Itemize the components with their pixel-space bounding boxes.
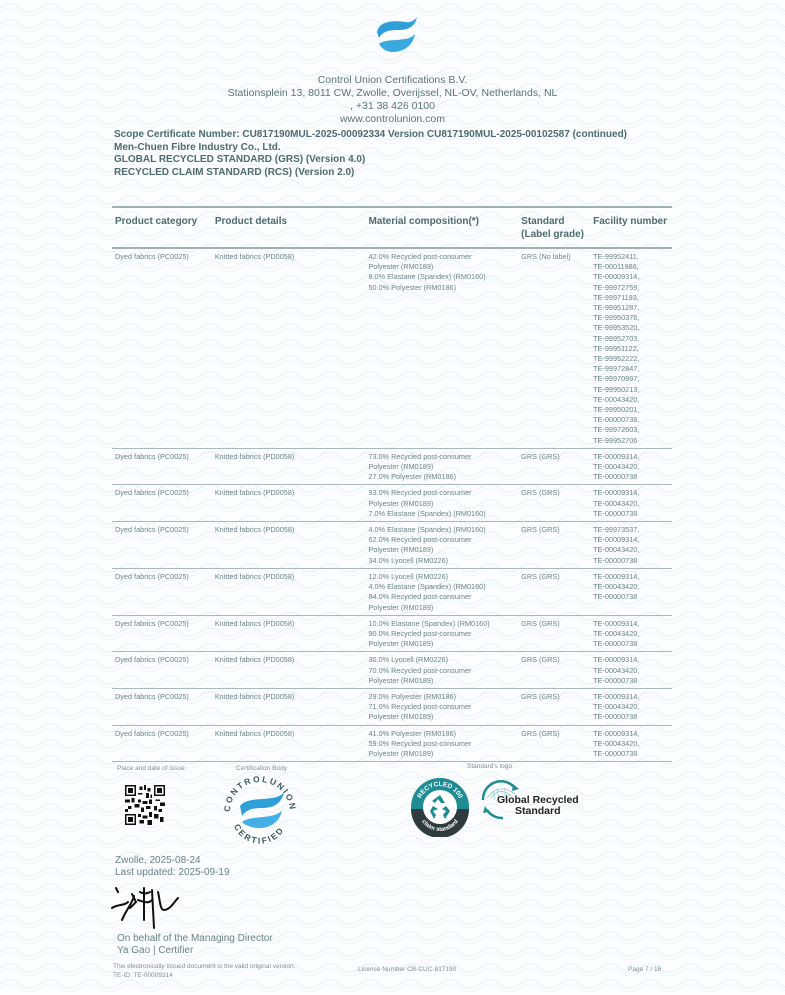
organization-phone: , +31 38 426 0100 xyxy=(0,100,785,113)
cell-standard: GRS (GRS) xyxy=(518,615,590,652)
facility-number: TE-00000738 xyxy=(593,556,669,566)
composition-line: 90.0% Recycled post-consumer xyxy=(368,629,515,639)
facility-number: TE-99970997, xyxy=(593,374,669,384)
page-number: Page 7 / 16 xyxy=(628,966,661,973)
cell-facility-number: TE-00009314,TE-00043420,TE-00000738 xyxy=(590,652,672,689)
cell-standard: GRS (GRS) xyxy=(518,448,590,485)
cell-material-composition: 73.0% Recycled post-consumerPolyester (R… xyxy=(365,448,518,485)
qr-code-icon[interactable] xyxy=(125,785,165,825)
company-name: Men-Chuen Fibre Industry Co., Ltd. xyxy=(114,142,627,154)
cell-product-category: Dyed fabrics (PC0025) xyxy=(112,248,212,448)
composition-line: 41.0% Polyester (RM0186) xyxy=(368,729,515,739)
organization-address: Stationsplein 13, 8011 CW, Zwolle, Overi… xyxy=(0,87,785,100)
composition-line: Polyester (RM0189) xyxy=(368,545,515,555)
composition-line: 34.0% Lyocell (RM0226) xyxy=(368,556,515,566)
cell-product-details: Knitted fabrics (PD0058) xyxy=(212,448,366,485)
header-material-composition: Material composition(*) xyxy=(365,207,518,248)
composition-line: 8.0% Elastane (Spandex) (RM0160) xyxy=(368,272,515,282)
composition-line: 42.0% Recycled post-consumer xyxy=(368,252,515,262)
footer-te-id: TE-ID: TE-00009314 xyxy=(113,972,295,981)
recycled-claim-standard-logo-icon: RECYCLED 100 claim standard xyxy=(410,777,470,837)
cell-facility-number: TE-00009314,TE-00043420,TE-00000738 xyxy=(590,725,672,762)
cell-material-composition: 30.0% Lyocell (RM0226)70.0% Recycled pos… xyxy=(365,652,518,689)
cell-standard: GRS (GRS) xyxy=(518,568,590,615)
facility-number: TE-99972847, xyxy=(593,364,669,374)
cell-standard: GRS (GRS) xyxy=(518,485,590,522)
facility-number: TE-99951122, xyxy=(593,344,669,354)
facility-number: TE-00009314, xyxy=(593,488,669,498)
composition-line: 73.0% Recycled post-consumer xyxy=(368,452,515,462)
composition-line: 29.0% Polyester (RM0186) xyxy=(368,692,515,702)
cell-facility-number: TE-00009314,TE-00043420,TE-00000738 xyxy=(590,485,672,522)
facility-number: TE-99973537, xyxy=(593,525,669,535)
cell-standard: GRS (GRS) xyxy=(518,725,590,762)
table-row: Dyed fabrics (PC0025)Knitted fabrics (PD… xyxy=(112,248,672,448)
facility-number: TE-00009314, xyxy=(593,655,669,665)
standard-rcs: RECYCLED CLAIM STANDARD (RCS) (Version 2… xyxy=(114,167,627,179)
table-header-row: Product category Product details Materia… xyxy=(112,207,672,248)
cell-product-details: Knitted fabrics (PD0058) xyxy=(212,615,366,652)
facility-number: TE-00043420, xyxy=(593,582,669,592)
facility-number: TE-99952706 xyxy=(593,436,669,446)
table-row: Dyed fabrics (PC0025)Knitted fabrics (PD… xyxy=(112,615,672,652)
cell-material-composition: 29.0% Polyester (RM0186)71.0% Recycled p… xyxy=(365,688,518,725)
cell-facility-number: TE-00009314,TE-00043420,TE-00000738 xyxy=(590,615,672,652)
signatory-name: Ya Gao | Certifier xyxy=(117,945,273,957)
facility-number: TE-00009314, xyxy=(593,535,669,545)
composition-line: Polyester (RM0189) xyxy=(368,499,515,509)
cell-facility-number: TE-00009314,TE-00043420,TE-00000738 xyxy=(590,568,672,615)
cell-product-category: Dyed fabrics (PC0025) xyxy=(112,568,212,615)
facility-number: TE-00000738 xyxy=(593,639,669,649)
facility-number: TE-99971193, xyxy=(593,293,669,303)
facility-number: TE-99972603, xyxy=(593,425,669,435)
composition-line: 50.0% Polyester (RM0186) xyxy=(368,283,515,293)
cell-product-details: Knitted fabrics (PD0058) xyxy=(212,568,366,615)
header-product-category: Product category xyxy=(112,207,212,248)
cell-product-details: Knitted fabrics (PD0058) xyxy=(212,725,366,762)
cell-product-details: Knitted fabrics (PD0058) xyxy=(212,248,366,448)
composition-line: 84.0% Recycled post-consumer xyxy=(368,592,515,602)
composition-line: Polyester (RM0189) xyxy=(368,639,515,649)
facility-number: TE-99950201, xyxy=(593,405,669,415)
composition-line: Polyester (RM0189) xyxy=(368,749,515,759)
cell-product-details: Knitted fabrics (PD0058) xyxy=(212,522,366,569)
signatory-behalf: On behalf of the Managing Director xyxy=(117,933,273,945)
composition-line: 62.0% Recycled post-consumer xyxy=(368,535,515,545)
place-date-of-issue: Zwolle, 2025-08-24 xyxy=(115,855,230,867)
facility-number: TE-00000738 xyxy=(593,592,669,602)
composition-line: 4.0% Elastane (Spandex) (RM0160) xyxy=(368,525,515,535)
facility-number: TE-00000738 xyxy=(593,712,669,722)
facility-number: TE-00043420, xyxy=(593,739,669,749)
cell-standard: GRS (No label) xyxy=(518,248,590,448)
cell-product-category: Dyed fabrics (PC0025) xyxy=(112,448,212,485)
signature-icon xyxy=(110,880,185,935)
grs-logo-line2: Standard xyxy=(497,806,579,817)
facility-number: TE-99972759, xyxy=(593,283,669,293)
facility-number: TE-00043420, xyxy=(593,395,669,405)
table-row: Dyed fabrics (PC0025)Knitted fabrics (PD… xyxy=(112,652,672,689)
facility-number: TE-00043420, xyxy=(593,666,669,676)
cell-facility-number: TE-99973537,TE-00009314,TE-00043420,TE-0… xyxy=(590,522,672,569)
composition-line: 93.0% Recycled post-consumer xyxy=(368,488,515,498)
composition-line: 71.0% Recycled post-consumer xyxy=(368,702,515,712)
standard-grs: GLOBAL RECYCLED STANDARD (GRS) (Version … xyxy=(114,154,627,166)
table-row: Dyed fabrics (PC0025)Knitted fabrics (PD… xyxy=(112,725,672,762)
footer-notice: This electronically issued document is t… xyxy=(113,963,295,980)
organization-name: Control Union Certifications B.V. xyxy=(0,74,785,87)
cell-material-composition: 4.0% Elastane (Spandex) (RM0160)62.0% Re… xyxy=(365,522,518,569)
composition-line: 27.0% Polyester (RM0186) xyxy=(368,472,515,482)
facility-number: TE-00043420, xyxy=(593,462,669,472)
organization-header: Control Union Certifications B.V. Statio… xyxy=(0,74,785,126)
header-facility-number: Facility number xyxy=(590,207,672,248)
composition-line: Polyester (RM0189) xyxy=(368,603,515,613)
facility-number: TE-00000738 xyxy=(593,749,669,759)
table-row: Dyed fabrics (PC0025)Knitted fabrics (PD… xyxy=(112,522,672,569)
cell-product-details: Knitted fabrics (PD0058) xyxy=(212,652,366,689)
composition-line: 30.0% Lyocell (RM0226) xyxy=(368,655,515,665)
cell-product-category: Dyed fabrics (PC0025) xyxy=(112,725,212,762)
facility-number: TE-99952411, xyxy=(593,252,669,262)
header-standard: Standard (Label grade) xyxy=(518,207,590,248)
cell-facility-number: TE-00009314,TE-00043420,TE-00000738 xyxy=(590,448,672,485)
facility-number: TE-00000738 xyxy=(593,472,669,482)
cell-material-composition: 42.0% Recycled post-consumerPolyester (R… xyxy=(365,248,518,448)
product-table: Product category Product details Materia… xyxy=(112,206,672,762)
cell-standard: GRS (GRS) xyxy=(518,688,590,725)
cell-facility-number: TE-99952411,TE-00011986,TE-00009314,TE-9… xyxy=(590,248,672,448)
composition-line: 12.0% Lyocell (RM0226) xyxy=(368,572,515,582)
composition-line: Polyester (RM0189) xyxy=(368,712,515,722)
table-row: Dyed fabrics (PC0025)Knitted fabrics (PD… xyxy=(112,568,672,615)
facility-number: TE-00000738, xyxy=(593,415,669,425)
composition-line: 7.0% Elastane (Spandex) (RM0160) xyxy=(368,509,515,519)
facility-number: TE-99953520, xyxy=(593,323,669,333)
facility-number: TE-99950376, xyxy=(593,313,669,323)
control-union-logo-icon xyxy=(371,12,419,60)
license-number: License Number CB-CUC-817190 xyxy=(358,966,456,973)
standards-logo-label: Standard's logo xyxy=(467,763,512,770)
last-updated: Last updated: 2025-09-19 xyxy=(115,867,230,879)
table-row: Dyed fabrics (PC0025)Knitted fabrics (PD… xyxy=(112,688,672,725)
facility-number: TE-00011986, xyxy=(593,262,669,272)
facility-number: TE-99952703, xyxy=(593,334,669,344)
facility-number: TE-00043420, xyxy=(593,629,669,639)
organization-website[interactable]: www.controlunion.com xyxy=(0,113,785,126)
control-union-certified-seal-icon: CONTROLUNION CERTIFIED xyxy=(220,770,300,852)
cell-material-composition: 93.0% Recycled post-consumerPolyester (R… xyxy=(365,485,518,522)
facility-number: TE-00000738 xyxy=(593,509,669,519)
facility-number: TE-00009314, xyxy=(593,692,669,702)
facility-number: TE-00000738 xyxy=(593,676,669,686)
facility-number: TE-00009314, xyxy=(593,572,669,582)
composition-line: 4.0% Elastane (Spandex) (RM0160) xyxy=(368,582,515,592)
footer-validity-notice: This electronically issued document is t… xyxy=(113,963,295,972)
cell-product-category: Dyed fabrics (PC0025) xyxy=(112,485,212,522)
facility-number: TE-00009314, xyxy=(593,452,669,462)
composition-line: Polyester (RM0189) xyxy=(368,262,515,272)
composition-line: 70.0% Recycled post-consumer xyxy=(368,666,515,676)
global-recycled-standard-logo: Global Recycled Standard xyxy=(475,778,575,826)
cell-standard: GRS (GRS) xyxy=(518,522,590,569)
cell-material-composition: 41.0% Polyester (RM0186)59.0% Recycled p… xyxy=(365,725,518,762)
cell-product-category: Dyed fabrics (PC0025) xyxy=(112,615,212,652)
composition-line: Polyester (RM0189) xyxy=(368,676,515,686)
place-date-label: Place and date of issue: xyxy=(117,765,186,772)
facility-number: TE-99951287, xyxy=(593,303,669,313)
cell-material-composition: 12.0% Lyocell (RM0226)4.0% Elastane (Spa… xyxy=(365,568,518,615)
certificate-number: Scope Certificate Number: CU817190MUL-20… xyxy=(114,129,627,141)
cell-standard: GRS (GRS) xyxy=(518,652,590,689)
facility-number: TE-99952222, xyxy=(593,354,669,364)
facility-number: TE-00043420, xyxy=(593,499,669,509)
facility-number: TE-00009314, xyxy=(593,619,669,629)
cell-product-category: Dyed fabrics (PC0025) xyxy=(112,522,212,569)
facility-number: TE-00009314, xyxy=(593,272,669,282)
composition-line: 59.0% Recycled post-consumer xyxy=(368,739,515,749)
table-row: Dyed fabrics (PC0025)Knitted fabrics (PD… xyxy=(112,448,672,485)
scope-block: Scope Certificate Number: CU817190MUL-20… xyxy=(114,129,627,179)
facility-number: TE-00043420, xyxy=(593,702,669,712)
cell-product-details: Knitted fabrics (PD0058) xyxy=(212,485,366,522)
facility-number: TE-00043420, xyxy=(593,545,669,555)
cell-product-category: Dyed fabrics (PC0025) xyxy=(112,652,212,689)
facility-number: TE-99950213, xyxy=(593,385,669,395)
header-product-details: Product details xyxy=(212,207,366,248)
composition-line: Polyester (RM0189) xyxy=(368,462,515,472)
facility-number: TE-00009314, xyxy=(593,729,669,739)
cell-facility-number: TE-00009314,TE-00043420,TE-00000738 xyxy=(590,688,672,725)
composition-line: 10.0% Elastane (Spandex) (RM0160) xyxy=(368,619,515,629)
table-row: Dyed fabrics (PC0025)Knitted fabrics (PD… xyxy=(112,485,672,522)
signatory-block: On behalf of the Managing Director Ya Ga… xyxy=(117,933,273,957)
certificate-page: Control Union Certifications B.V. Statio… xyxy=(0,0,785,995)
cell-material-composition: 10.0% Elastane (Spandex) (RM0160)90.0% R… xyxy=(365,615,518,652)
issue-block: Zwolle, 2025-08-24 Last updated: 2025-09… xyxy=(115,855,230,879)
cell-product-category: Dyed fabrics (PC0025) xyxy=(112,688,212,725)
cell-product-details: Knitted fabrics (PD0058) xyxy=(212,688,366,725)
